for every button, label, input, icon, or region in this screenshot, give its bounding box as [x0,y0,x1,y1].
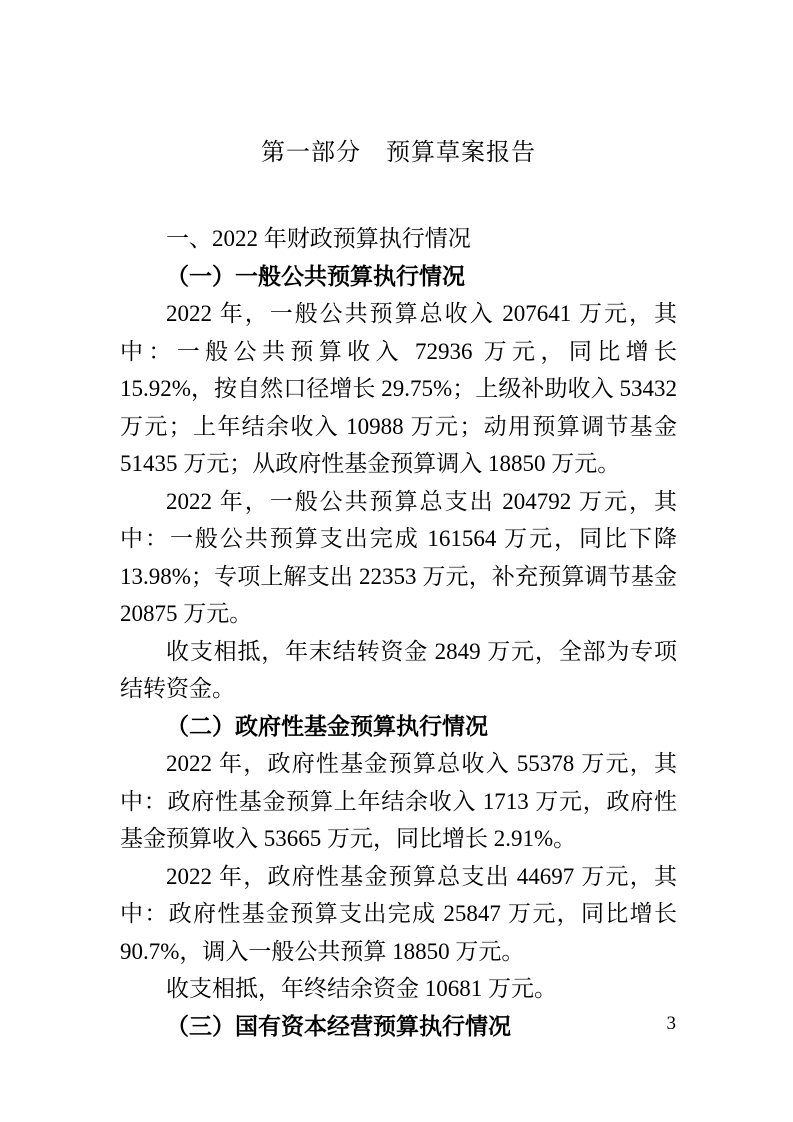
paragraph-government-fund-expenditure: 2022 年，政府性基金预算总支出 44697 万元，其中：政府性基金预算支出完… [120,858,677,971]
document-content: 第一部分 预算草案报告 一、2022 年财政预算执行情况 （一）一般公共预算执行… [120,138,677,1045]
paragraph-general-budget-balance: 收支相抵，年末结转资金 2849 万元，全部为专项结转资金。 [120,633,677,708]
paragraph-government-fund-balance: 收支相抵，年终结余资金 10681 万元。 [120,970,677,1008]
page-number: 3 [667,1012,677,1036]
subsection-heading-state-capital-budget: （三）国有资本经营预算执行情况 [120,1008,677,1046]
subsection-heading-government-fund-budget: （二）政府性基金预算执行情况 [120,708,677,746]
paragraph-general-budget-expenditure: 2022 年，一般公共预算总支出 204792 万元，其中：一般公共预算支出完成… [120,483,677,633]
document-page: 第一部分 预算草案报告 一、2022 年财政预算执行情况 （一）一般公共预算执行… [0,0,793,1122]
section-heading-budget-execution-2022: 一、2022 年财政预算执行情况 [120,220,677,258]
subsection-heading-general-public-budget: （一）一般公共预算执行情况 [120,258,677,296]
paragraph-general-budget-revenue: 2022 年，一般公共预算总收入 207641 万元，其中：一般公共预算收入 7… [120,295,677,483]
document-title: 第一部分 预算草案报告 [120,138,677,168]
paragraph-government-fund-revenue: 2022 年，政府性基金预算总收入 55378 万元，其中：政府性基金预算上年结… [120,745,677,858]
